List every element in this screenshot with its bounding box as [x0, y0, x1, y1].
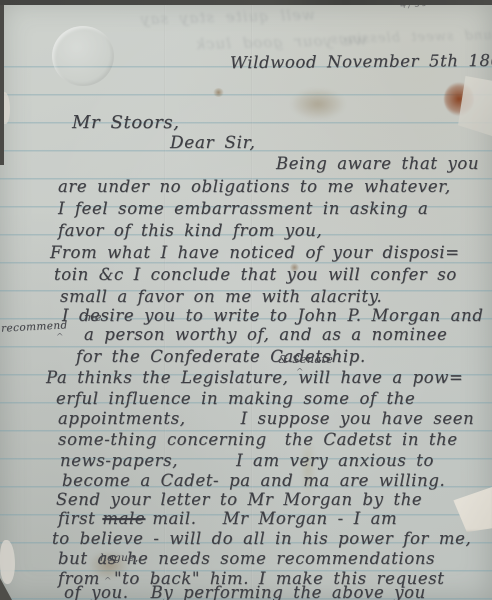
caret-mark: ^: [56, 333, 64, 343]
line-part: news-papers,: [60, 451, 178, 470]
letter-line: erful influence in making some of the: [56, 389, 415, 408]
letter-line: I feel some embarrassment in asking a: [58, 199, 428, 218]
line-part: I am very anxious to: [236, 451, 434, 470]
letter-page: well quite stay say we your good luck fo…: [0, 0, 492, 600]
letter-line: a person worthy of, and as a nominee: [84, 325, 447, 344]
line-part: of you.: [64, 583, 129, 600]
scan-edge: [0, 0, 4, 165]
scan-edge: [0, 0, 492, 5]
brown-speck: [213, 88, 224, 97]
letter-line: toin &c I conclude that you will confer …: [54, 265, 457, 284]
edge-tear: [0, 540, 15, 584]
line-part: mail.: [152, 509, 196, 528]
insertion-hogue: hogue,: [100, 552, 139, 564]
line-part: appointments,: [58, 409, 186, 428]
struck-word: male: [102, 509, 145, 528]
line-part: I suppose you have seen: [241, 409, 475, 428]
letter-line: news-papers,I am very anxious to: [60, 451, 434, 470]
dateline: Wildwood November 5th 1861: [230, 51, 492, 72]
line-part: some-thing concerning: [58, 430, 267, 449]
insertion-me: me: [84, 311, 102, 324]
recipient-name: Mr Stoors,: [72, 112, 180, 133]
letter-line: favor of this kind from you,: [58, 221, 322, 240]
letter-line: Pa thinks the Legislature, will have a p…: [46, 368, 463, 387]
letter-line: Send your letter to Mr Morgan by the: [56, 490, 422, 509]
letter-line: to believe - will do all in his power fo…: [52, 529, 471, 548]
embossed-seal: [52, 26, 114, 86]
bleedthrough-text: well quite stay say: [140, 6, 315, 29]
salutation: Dear Sir,: [170, 133, 256, 153]
letter-line: Being aware that you: [276, 154, 479, 173]
letter-line: appointments,I suppose you have seen: [58, 409, 474, 428]
insertion-senate: & Senate: [278, 353, 333, 366]
letter-line: some-thing concerningthe Cadetst in the: [58, 430, 458, 449]
letter-line: of you.By performing the above you: [64, 583, 426, 600]
line-part: first: [58, 509, 95, 528]
letter-line: are under no obligations to me whatever,: [58, 177, 451, 196]
brown-smudge: [290, 88, 346, 120]
letter-line: become a Cadet- pa and ma are willing.: [62, 471, 445, 490]
letter-line: From what I have noticed of your disposi…: [50, 243, 460, 262]
letter-line: small a favor on me with alacrity.: [60, 287, 382, 306]
letter-line: I desire you to write to John P. Morgan …: [62, 306, 484, 325]
letter-line: firstmalemail.Mr Morgan - I am: [58, 509, 397, 528]
line-part: Mr Morgan - I am: [223, 509, 398, 528]
line-part: the Cadetst in the: [285, 430, 458, 449]
line-part: By performing the above you: [151, 583, 426, 600]
